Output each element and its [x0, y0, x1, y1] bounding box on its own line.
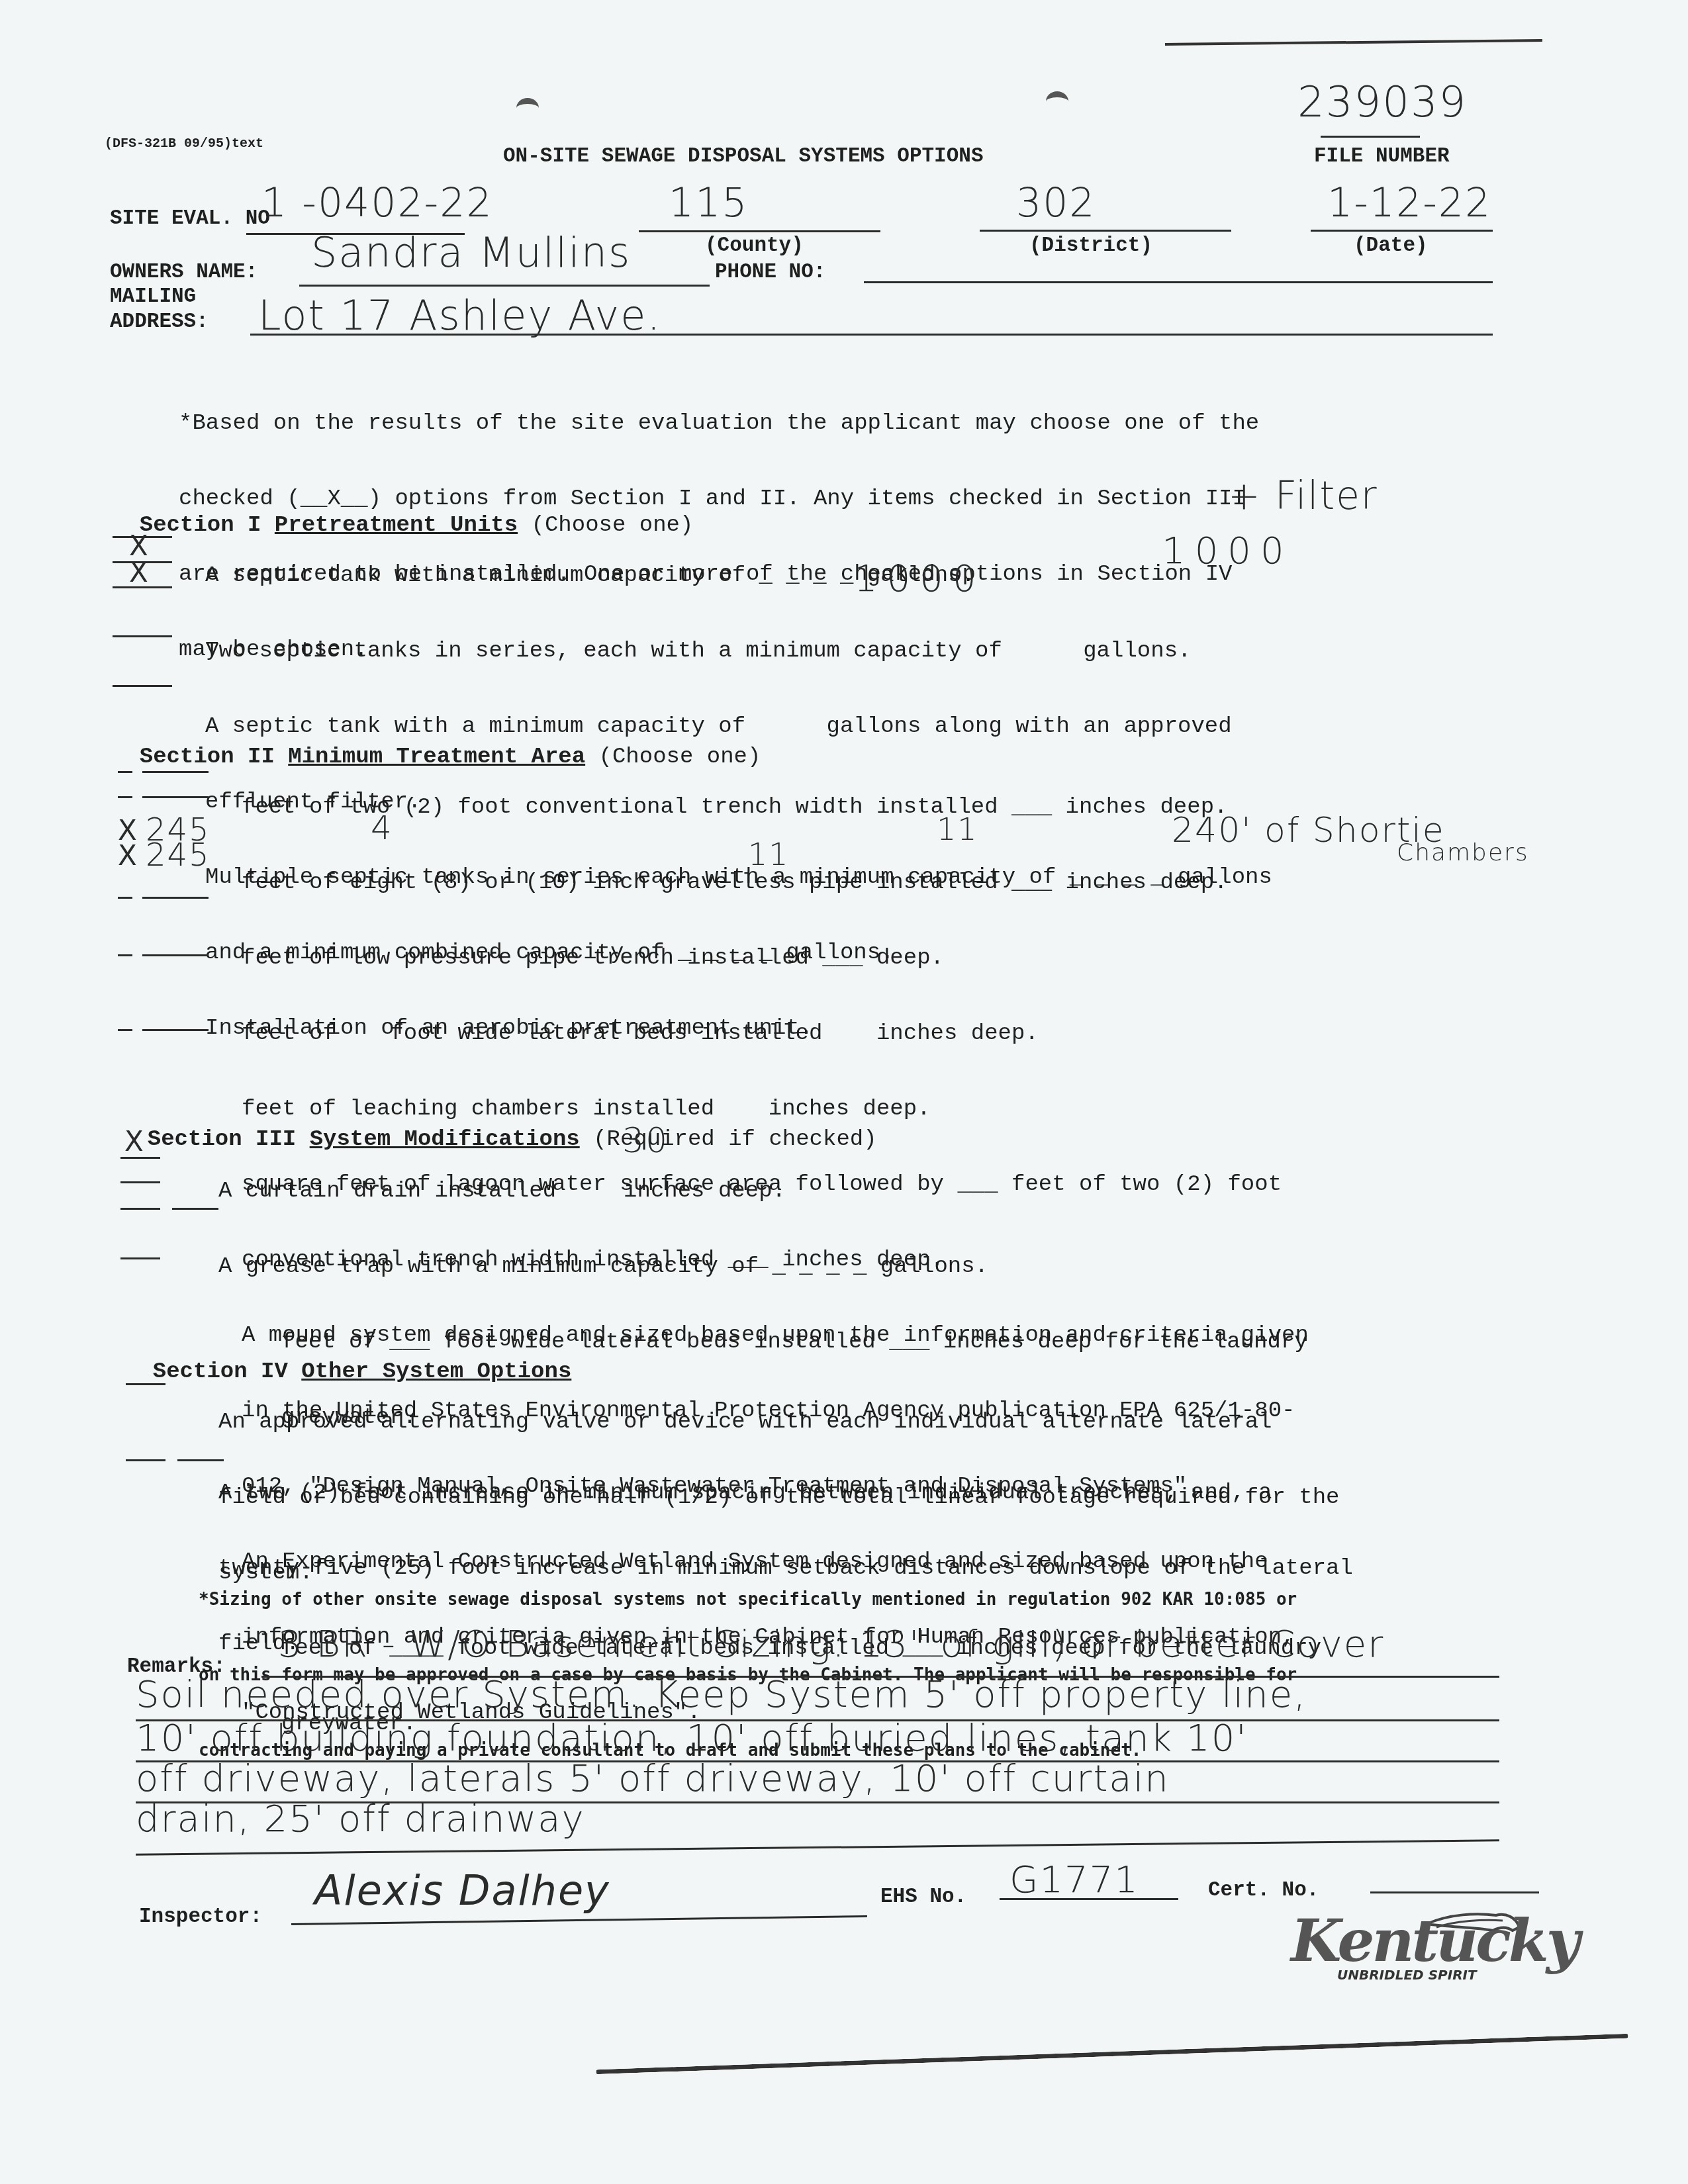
- s1-check-5[interactable]: [113, 685, 172, 687]
- inspector-label: Inspector:: [139, 1905, 262, 1930]
- bed-depth-value[interactable]: 11: [937, 811, 978, 847]
- s3-check-1[interactable]: X: [124, 1125, 144, 1158]
- ehs-line: [1000, 1898, 1178, 1900]
- site-eval-label: SITE EVAL. NO: [110, 206, 270, 232]
- phone-line: [864, 281, 1493, 283]
- ehs-label: EHS No.: [880, 1885, 966, 1910]
- owner-name-line: [299, 285, 710, 287]
- form-title: ON-SITE SEWAGE DISPOSAL SYSTEMS OPTIONS: [503, 144, 984, 169]
- s2-feet-2[interactable]: [142, 796, 209, 798]
- bed-width-value[interactable]: 4: [371, 809, 393, 847]
- s3-check-1-line: [120, 1157, 160, 1159]
- logo-wordmark: Kentucky: [1291, 1906, 1577, 1975]
- s1-check-3-line: [113, 586, 172, 588]
- remarks-line-3[interactable]: 10' off building foundation, 10' off bur…: [136, 1717, 1248, 1760]
- section-1-item-2: Two septic tanks in series, each with a …: [205, 639, 1272, 664]
- form-code: (DFS-321B 09/95)text: [105, 136, 263, 152]
- s4-feet-2[interactable]: [177, 1459, 224, 1461]
- section-2-item-1: feet of two (2) foot conventional trench…: [242, 795, 1309, 820]
- site-eval-value[interactable]: 1 -0402-22: [261, 180, 493, 226]
- cert-label: Cert. No.: [1208, 1878, 1319, 1903]
- district-value[interactable]: 302: [1016, 180, 1096, 226]
- chamber-depth-value[interactable]: 11: [748, 837, 790, 872]
- file-number-line: [1321, 136, 1420, 138]
- tank-filter-capacity[interactable]: 1000: [854, 557, 986, 600]
- s2-check-5[interactable]: X: [118, 839, 137, 872]
- ehs-value[interactable]: G1771: [1009, 1858, 1139, 1901]
- date-value[interactable]: 1-12-22: [1327, 180, 1491, 226]
- county-value[interactable]: 115: [669, 180, 749, 226]
- section-2-item-3: feet of low pressure pipe trench install…: [242, 946, 1309, 971]
- s2-check-6[interactable]: [118, 897, 132, 899]
- county-label: (County): [705, 234, 804, 259]
- filter-annotation: + Filter: [1228, 473, 1378, 518]
- s2-check-2[interactable]: [118, 796, 132, 798]
- inspector-signature[interactable]: Alexis Dalhey: [314, 1866, 610, 1915]
- date-line: [1311, 230, 1493, 232]
- s1-check-4[interactable]: [113, 635, 172, 637]
- s3-check-3[interactable]: [120, 1208, 160, 1210]
- s2-check-1[interactable]: [118, 771, 132, 773]
- district-label: (District): [1029, 234, 1152, 259]
- s3-check-4[interactable]: [120, 1257, 160, 1259]
- s4-check-1[interactable]: [126, 1383, 165, 1385]
- remarks-line-2[interactable]: Soil needed over System. Keep System 5' …: [136, 1673, 1307, 1716]
- mailing-label-2: ADDRESS:: [110, 310, 209, 335]
- s2-check-8[interactable]: [118, 1029, 132, 1031]
- mailing-address-value[interactable]: Lot 17 Ashley Ave.: [258, 291, 661, 340]
- district-line: [980, 230, 1231, 232]
- inspector-line: [291, 1915, 867, 1925]
- s2-feet-1[interactable]: [142, 771, 209, 773]
- curtain-drain-depth[interactable]: 30: [622, 1121, 669, 1161]
- section-3-item-2: A grease trap with a minimum capacity of…: [218, 1254, 1353, 1279]
- remarks-line-1[interactable]: 3 BR - W/O Basement Sizing: 13" of gIII)…: [278, 1623, 1384, 1666]
- date-label: (Date): [1354, 234, 1428, 259]
- s2-feet-7[interactable]: [142, 954, 209, 956]
- scan-mark-bottom: [596, 2034, 1628, 2074]
- s4-check-2[interactable]: [126, 1459, 165, 1461]
- punch-mark-left: [516, 98, 539, 118]
- s2-feet-5[interactable]: 245: [146, 837, 211, 874]
- county-line: [639, 230, 880, 232]
- section-2-item-4: feet of foot wide lateral beds installed…: [242, 1021, 1309, 1046]
- section-3-item-1: A curtain drain installed inches deep.: [218, 1179, 1353, 1204]
- section-1-item-1: A septic tank with a minimum capacity of…: [205, 563, 1272, 588]
- mailing-address-line: [250, 334, 1493, 336]
- punch-mark-right: [1046, 91, 1068, 112]
- kentucky-logo: Kentucky UNBRIDLED SPIRIT: [1291, 1906, 1542, 1985]
- section-4-item-1-line1: An approved alternating valve or device …: [218, 1410, 1339, 1435]
- logo-tagline: UNBRIDLED SPIRIT: [1337, 1967, 1477, 1983]
- remarks-line-5[interactable]: drain, 25' off drainway: [136, 1797, 585, 1841]
- remarks-line-4[interactable]: off driveway, laterals 5' off driveway, …: [136, 1757, 1170, 1800]
- mailing-label-1: MAILING: [110, 285, 196, 310]
- owner-name-label: OWNERS NAME:: [110, 260, 258, 285]
- shortie-annotation-2: Chambers: [1397, 839, 1529, 866]
- cert-line: [1370, 1891, 1539, 1893]
- s1-check-3[interactable]: X: [129, 556, 148, 588]
- scan-mark-top: [1165, 39, 1542, 52]
- phone-label: PHONE NO:: [715, 260, 825, 285]
- owner-name-value[interactable]: Sandra Mullins: [311, 228, 631, 277]
- file-number-value: 239039: [1297, 78, 1467, 127]
- s3-check-2[interactable]: [120, 1181, 160, 1183]
- s3-feet-3[interactable]: [172, 1208, 218, 1210]
- s2-check-7[interactable]: [118, 954, 132, 956]
- s2-feet-6[interactable]: [142, 897, 209, 899]
- s2-feet-8[interactable]: [142, 1029, 209, 1031]
- two-tanks-capacity[interactable]: 1000: [1162, 529, 1293, 572]
- footnote-line: *Sizing of other onsite sewage disposal …: [199, 1587, 1297, 1612]
- section-4-item-1-line2: field or bed containing one-half (1/2) o…: [218, 1485, 1339, 1510]
- intro-line: *Based on the results of the site evalua…: [179, 411, 1259, 436]
- remarks-rule-5: [136, 1839, 1499, 1856]
- file-number-label: FILE NUMBER: [1314, 144, 1450, 169]
- section-2-item-2: feet of eight (8) or (10) inch gravelles…: [242, 870, 1309, 895]
